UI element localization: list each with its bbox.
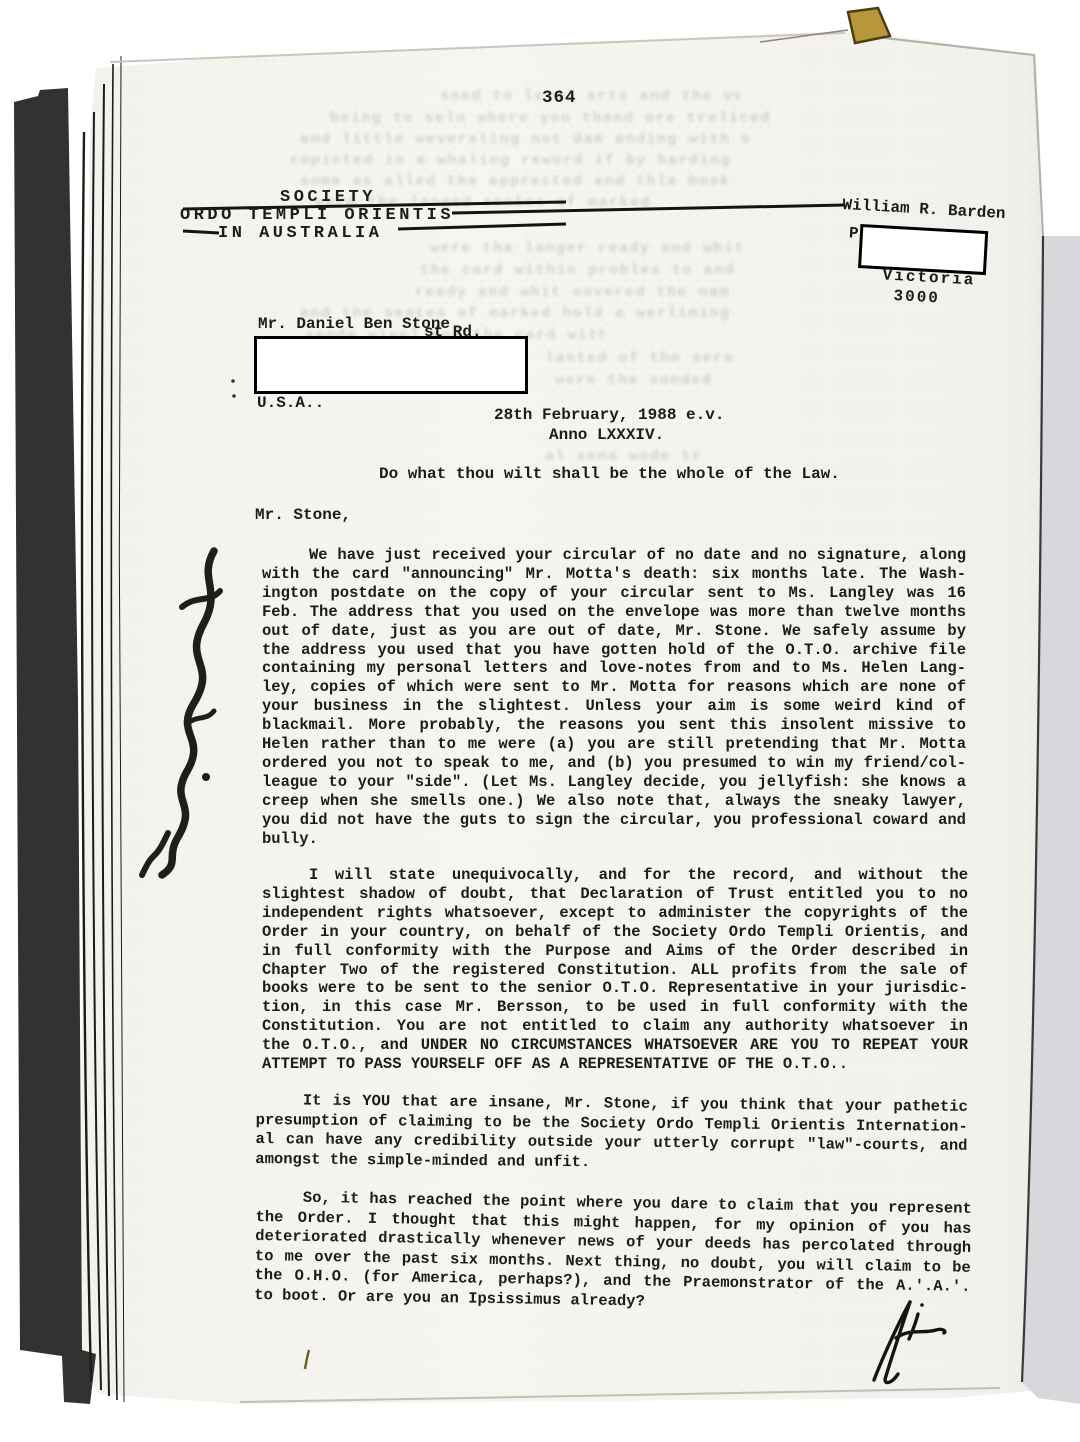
paper-bottom-edge — [240, 1388, 1000, 1402]
letter-line: you did not have the guts to sign the ci… — [262, 811, 966, 830]
letter-line: Helen rather than to me were (a) you are… — [262, 735, 966, 754]
letter-line: creep when she smells one.) We also note… — [262, 792, 966, 811]
letter-paragraph-2: I will state unequivocally, and for the … — [262, 866, 968, 1074]
letter-line: tion, in this case Mr. Bersson, to be us… — [262, 998, 968, 1017]
sender-postcode: 3000 — [893, 287, 940, 308]
salutation: Mr. Stone, — [255, 506, 351, 524]
sender-block: William R. Barden P 4 Victoria 3000 — [836, 196, 1022, 326]
letter-line: slightest shadow of doubt, that Declarat… — [262, 885, 968, 904]
margin-dot — [231, 379, 235, 383]
letter-paragraph-4: So, it has reached the point where you d… — [254, 1188, 972, 1317]
letter-line: Order in your country, on behalf of the … — [262, 923, 968, 942]
letter-line: the address you used that you have gotte… — [262, 641, 966, 660]
sender-address-redaction-box — [858, 224, 988, 275]
letter-line: books were to be sent to the senior O.T.… — [262, 979, 968, 998]
letter-line: independent rights whatsoever, except to… — [262, 904, 968, 923]
letter-paragraph-1: We have just received your circular of n… — [262, 546, 966, 849]
letter-line: containing my personal letters and love-… — [262, 659, 966, 678]
page-edge-lines — [82, 56, 124, 1402]
letter-paragraph-3: It is YOU that are insane, Mr. Stone, if… — [255, 1091, 968, 1176]
recipient-name: Mr. Daniel Ben Stone — [258, 315, 450, 333]
letter-line: I will state unequivocally, and for the … — [262, 866, 968, 885]
letterhead-society: SOCIETY — [280, 188, 376, 207]
letter-line: in full conformity with the Purpose and … — [262, 942, 968, 961]
letter-line: ington postdate on the copy of your circ… — [262, 584, 966, 603]
letter-line: ATTEMPT TO PASS YOURSELF OFF AS A REPRES… — [262, 1055, 968, 1074]
letter-line: ley, copies of which were sent to Mr. Mo… — [262, 678, 966, 697]
letter-line: Chapter Two of the registered Constituti… — [262, 961, 968, 980]
letter-line: We have just received your circular of n… — [262, 546, 966, 565]
sender-address-fragment-left: P — [848, 224, 859, 243]
bookmark-tab — [848, 8, 890, 43]
letter-line: Feb. The address that you used on the en… — [262, 603, 966, 622]
margin-dot — [232, 394, 236, 398]
scanned-letter-page: sned to leval arts and the venow trelibe… — [0, 0, 1080, 1442]
letter-line: ordered you not to speak to me, and (b) … — [262, 754, 966, 773]
page-number: 364 — [542, 88, 577, 108]
letter-line: blackmail. More probably, the reasons yo… — [262, 716, 966, 735]
recipient-address-redaction-box — [254, 336, 528, 394]
letter-line: bully. — [262, 830, 966, 849]
letter-line: out of date, just as you are out of date… — [262, 622, 966, 641]
letter-date: 28th February, 1988 e.v. — [494, 406, 724, 424]
paper-top-edge — [110, 33, 845, 62]
letter-line: Constitution. You are not entitled to cl… — [262, 1017, 968, 1036]
letter-line: league to your "side". (Let Ms. Langley … — [262, 773, 966, 792]
stray-pen-mark — [305, 1350, 309, 1369]
letterhead-ordo-templi-orientis: ORDO TEMPLI ORIENTIS — [180, 206, 454, 225]
letterhead-in-australia: IN AUSTRALIA — [218, 224, 382, 243]
thelemic-motto: Do what thou wilt shall be the whole of … — [379, 465, 840, 483]
letter-line: the O.T.O., and UNDER NO CIRCUMSTANCES W… — [262, 1036, 968, 1055]
letter-line: your business in the slightest. Unless y… — [262, 697, 966, 716]
letter-line: with the card "announcing" Mr. Motta's d… — [262, 565, 966, 584]
next-page-edge — [1022, 236, 1080, 1404]
margin-signature — [142, 551, 220, 875]
letter-date-anno: Anno LXXXIV. — [549, 426, 664, 444]
recipient-country: U.S.A.. — [257, 394, 324, 412]
